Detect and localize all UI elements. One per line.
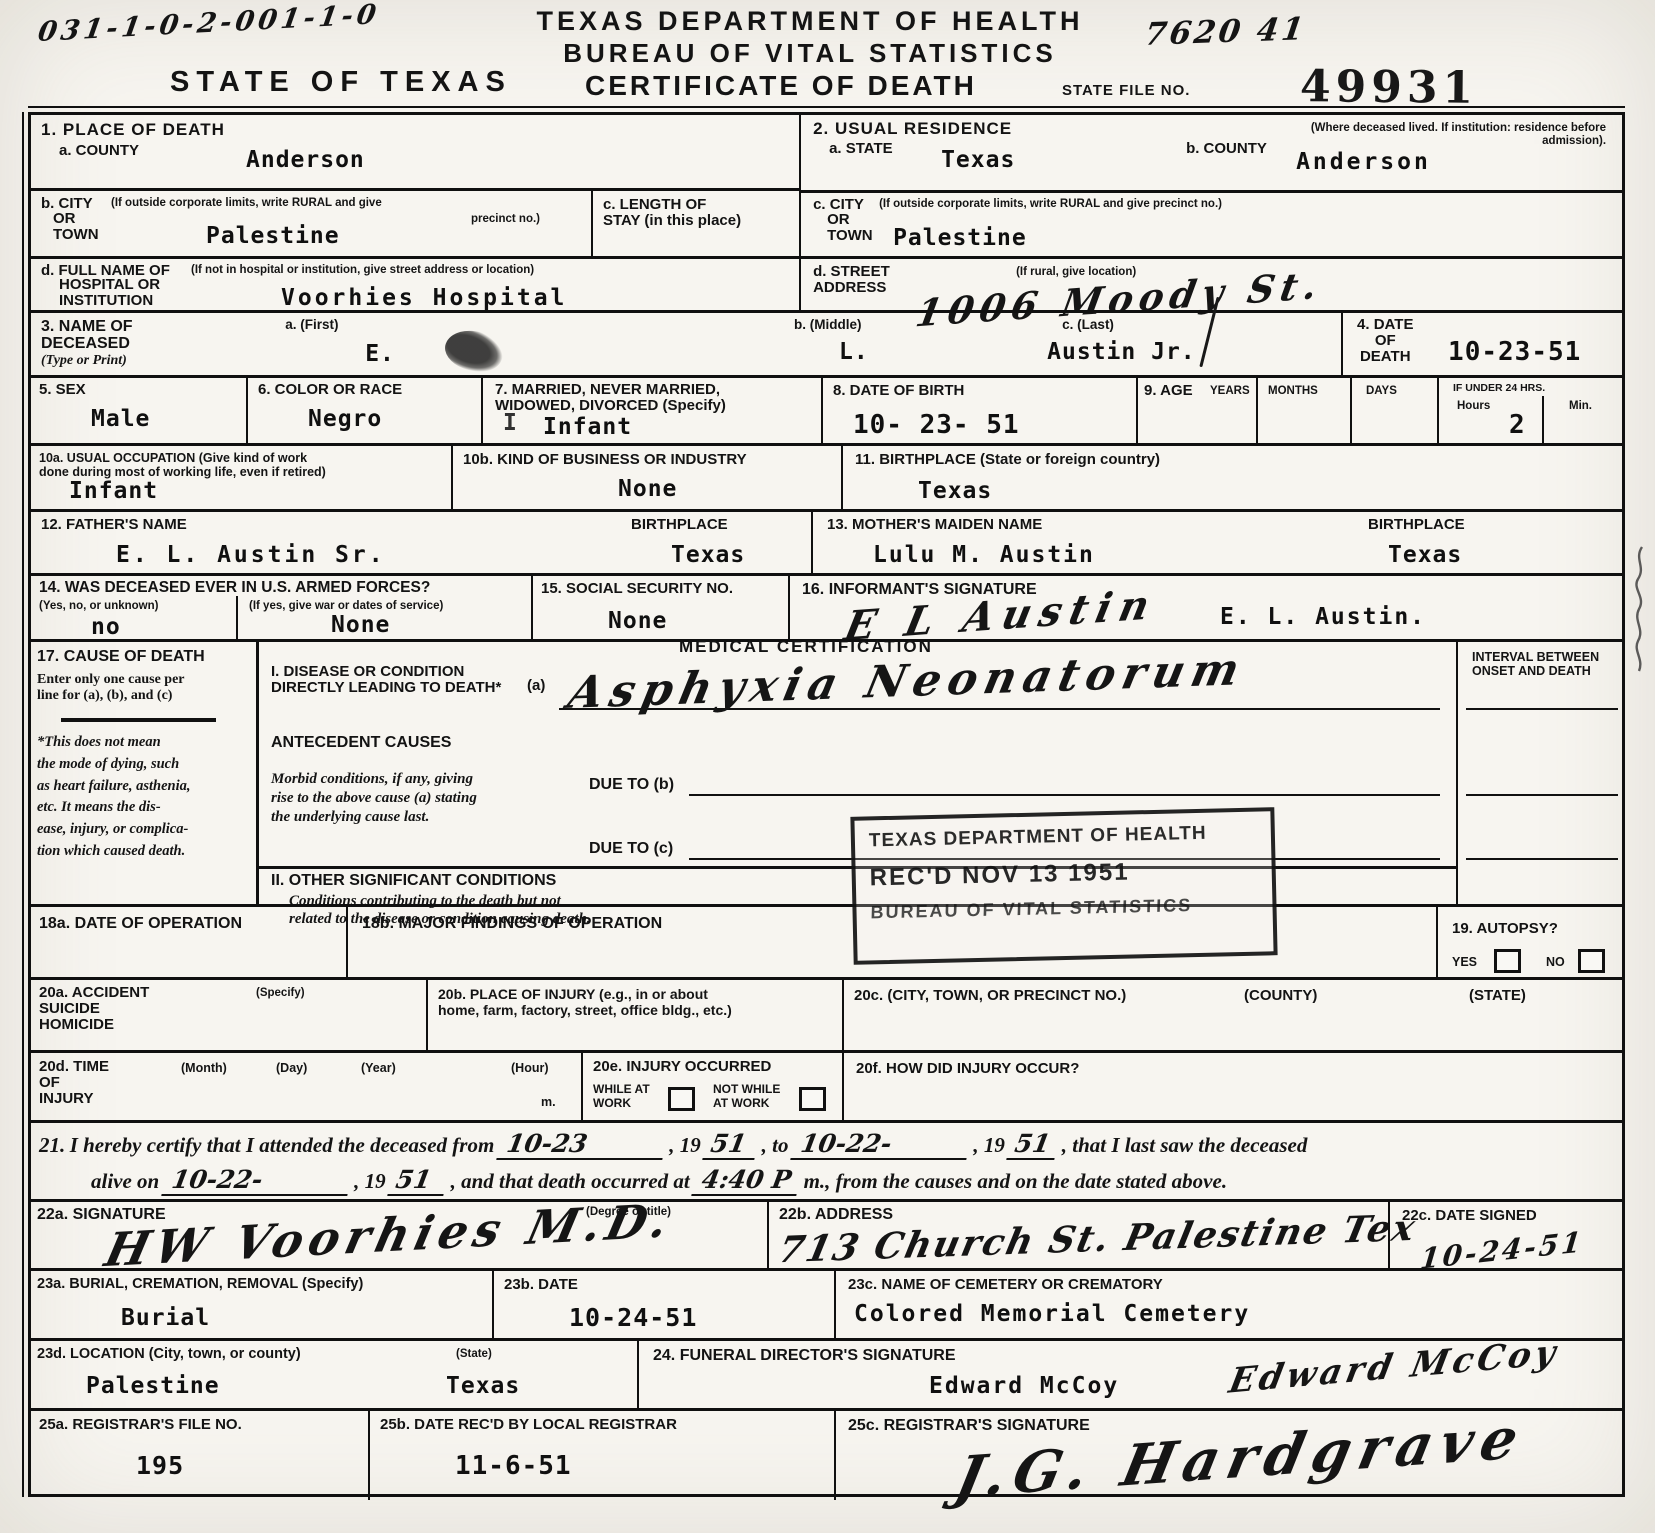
father-cell: 12. FATHER'S NAME BIRTHPLACE E. L. Austi… xyxy=(31,512,811,573)
bureau-title: BUREAU OF VITAL STATISTICS xyxy=(530,38,1090,69)
city-note: (If outside corporate limits, write RURA… xyxy=(111,197,382,210)
funeral-director-script: Edward McCoy xyxy=(1226,1332,1563,1402)
state-of-texas-title: STATE OF TEXAS xyxy=(170,66,512,99)
certify-year-to: 51 xyxy=(1007,1129,1060,1160)
due-to-b-label: DUE TO (b) xyxy=(589,776,674,793)
certify-text-3: , that I last saw the deceased xyxy=(1062,1133,1308,1157)
last-name-value: Austin Jr. xyxy=(1047,339,1195,365)
certify-number: 21. xyxy=(39,1133,65,1157)
burial-location-cell: 23d. LOCATION (City, town, or county) (S… xyxy=(31,1341,637,1408)
county-label: a. COUNTY xyxy=(59,143,139,159)
armed-forces-war-value: None xyxy=(331,612,390,638)
disease-a-tag: (a) xyxy=(527,678,545,694)
residence-county-label: b. COUNTY xyxy=(1186,141,1267,157)
registrar-signature-cell: 25c. REGISTRAR'S SIGNATURE J.G. Hardgrav… xyxy=(834,1411,1622,1500)
age-cell: 9. AGE YEARS MONTHS DAYS IF UNDER 24 HRS… xyxy=(1136,378,1622,443)
occupation-cell: 10a. USUAL OCCUPATION (Give kind of work… xyxy=(31,446,451,509)
informant-cell: 16. INFORMANT'S SIGNATURE E L Austin E. … xyxy=(788,576,1622,639)
age-months-label: MONTHS xyxy=(1268,385,1318,398)
injury-month-label: (Month) xyxy=(181,1061,227,1075)
certify-19c: , 19 xyxy=(354,1169,386,1193)
hospital-value: Voorhies Hospital xyxy=(281,285,567,311)
race-cell: 6. COLOR OR RACE Negro xyxy=(246,378,481,443)
date-of-death-value: 10-23-51 xyxy=(1448,337,1581,367)
burial-state-value: Texas xyxy=(446,1373,520,1399)
race-label: 6. COLOR OR RACE xyxy=(258,382,402,398)
burial-location-label: 23d. LOCATION (City, town, or county) xyxy=(37,1347,301,1363)
residence-city-or: OR xyxy=(827,212,850,228)
certify-statement-cell: 21. I hereby certify that I attended the… xyxy=(31,1123,1622,1199)
registrar-file-cell: 25a. REGISTRAR'S FILE NO. 195 xyxy=(31,1411,368,1500)
while-at-work-checkbox xyxy=(668,1087,695,1111)
certify-19b: , 19 xyxy=(973,1133,1005,1157)
injury-how-label: 20f. HOW DID INJURY OCCUR? xyxy=(856,1061,1079,1077)
injury-county-label: (COUNTY) xyxy=(1244,988,1317,1004)
medical-certification-title: MEDICAL CERTIFICATION xyxy=(679,638,933,656)
physician-address-cell: 22b. ADDRESS 713 Church St. Palestine Te… xyxy=(767,1202,1388,1268)
registrar-file-value: 195 xyxy=(136,1451,184,1480)
accident-specify-label: (Specify) xyxy=(256,987,305,1000)
burial-date-value: 10-24-51 xyxy=(569,1303,697,1332)
certify-year-alive: 51 xyxy=(387,1165,448,1196)
injury-location-cell: 20c. (CITY, TOWN, OR PRECINCT NO.) (COUN… xyxy=(842,980,1622,1050)
name-of-deceased-label-cell: 3. NAME OF DECEASED (Type or Print) xyxy=(31,313,245,375)
certify-text-2: , to xyxy=(762,1133,789,1157)
date-signed-cell: 22c. DATE SIGNED 10-24-51 xyxy=(1388,1202,1622,1268)
date-of-death-label: 4. DATE OF DEATH xyxy=(1357,317,1413,366)
funeral-director-label: 24. FUNERAL DIRECTOR'S SIGNATURE xyxy=(653,1347,956,1364)
informant-signature-typed: E. L. Austin. xyxy=(1220,604,1426,630)
occupation-label: 10a. USUAL OCCUPATION (Give kind of work… xyxy=(39,451,326,480)
injury-m-label: m. xyxy=(541,1095,556,1109)
physician-signature-script: HW Voorhies M.D. xyxy=(100,1193,679,1277)
burial-date-cell: 23b. DATE 10-24-51 xyxy=(492,1271,834,1338)
registrar-date-cell: 25b. DATE REC'D BY LOCAL REGISTRAR 11-6-… xyxy=(368,1411,834,1500)
injury-time-label: 20d. TIME OF INJURY xyxy=(39,1059,109,1108)
residence-city-value: Palestine xyxy=(893,225,1027,251)
name-title: 3. NAME OF DECEASED xyxy=(41,318,133,353)
cemetery-cell: 23c. NAME OF CEMETERY OR CREMATORY Color… xyxy=(834,1271,1622,1338)
age-under24-label: IF UNDER 24 HRS. xyxy=(1453,382,1545,394)
age-days-label: DAYS xyxy=(1366,385,1397,398)
antecedent-label: ANTECEDENT CAUSES xyxy=(271,734,451,751)
burial-cell: 23a. BURIAL, CREMATION, REMOVAL (Specify… xyxy=(31,1271,492,1338)
section-place-of-death: 1. PLACE OF DEATH a. COUNTY Anderson b. … xyxy=(31,115,799,310)
cause-of-death-notes-cell: 17. CAUSE OF DEATH Enter only one cause … xyxy=(31,642,256,904)
sex-value: Male xyxy=(91,406,150,432)
mother-birthplace-label: BIRTHPLACE xyxy=(1368,517,1465,533)
stamp-line-3: BUREAU OF VITAL STATISTICS xyxy=(870,894,1261,924)
age-hours-label: Hours xyxy=(1457,400,1490,413)
autopsy-cell: 19. AUTOPSY? YES NO xyxy=(1436,907,1622,977)
registrar-file-label: 25a. REGISTRAR'S FILE NO. xyxy=(39,1417,242,1433)
name-last-cell: c. (Last) Austin Jr. xyxy=(1042,313,1341,375)
birthplace-cell: 11. BIRTHPLACE (State or foreign country… xyxy=(841,446,1622,509)
race-value: Negro xyxy=(308,406,382,432)
certify-text-6: m., from the causes and on the date stat… xyxy=(804,1169,1228,1193)
accident-cell: 20a. ACCIDENT SUICIDE HOMICIDE (Specify) xyxy=(31,980,426,1050)
birthplace-value: Texas xyxy=(918,478,992,504)
funeral-director-typed: Edward McCoy xyxy=(929,1373,1119,1399)
armed-forces-label: 14. WAS DECEASED EVER IN U.S. ARMED FORC… xyxy=(39,580,430,597)
father-birthplace-label: BIRTHPLACE xyxy=(631,517,728,533)
interval-cell: INTERVAL BETWEEN ONSET AND DEATH xyxy=(1456,642,1622,904)
date-of-birth-label: 8. DATE OF BIRTH xyxy=(833,383,964,399)
marital-stray-mark: I xyxy=(503,410,518,436)
burial-value: Burial xyxy=(121,1305,210,1331)
ink-blot xyxy=(440,322,508,379)
autopsy-no-label: NO xyxy=(1546,955,1565,969)
certify-19a: , 19 xyxy=(669,1133,701,1157)
certify-date-alive: 10-22- xyxy=(161,1165,352,1196)
autopsy-yes-label: YES xyxy=(1452,955,1477,969)
first-name-label: a. (First) xyxy=(285,318,338,333)
morbid-note: Morbid conditions, if any, giving rise t… xyxy=(271,770,477,826)
certify-date-to: 10-22- xyxy=(790,1129,971,1160)
sex-label: 5. SEX xyxy=(39,382,86,398)
marital-value: Infant xyxy=(543,414,632,440)
certify-text-4: alive on xyxy=(91,1169,159,1193)
margin-scribble-icon xyxy=(1630,545,1650,675)
mother-label: 13. MOTHER'S MAIDEN NAME xyxy=(827,517,1042,533)
sex-cell: 5. SEX Male xyxy=(31,378,246,443)
city-value: Palestine xyxy=(206,223,340,249)
handwritten-code: 7620 41 xyxy=(1143,11,1309,53)
accident-label: 20a. ACCIDENT SUICIDE HOMICIDE xyxy=(39,985,149,1034)
birthplace-label: 11. BIRTHPLACE (State or foreign country… xyxy=(855,452,1160,468)
age-hours-value: 2 xyxy=(1509,410,1526,440)
injury-year-label: (Year) xyxy=(361,1061,396,1075)
injury-place-label: 20b. PLACE OF INJURY (e.g., in or about … xyxy=(438,986,732,1018)
department-title: TEXAS DEPARTMENT OF HEALTH xyxy=(530,6,1090,37)
armed-forces-cell: 14. WAS DECEASED EVER IN U.S. ARMED FORC… xyxy=(31,576,531,639)
autopsy-yes-checkbox xyxy=(1494,949,1521,973)
disease-label: I. DISEASE OR CONDITION DIRECTLY LEADING… xyxy=(271,664,501,696)
armed-forces-value: no xyxy=(91,614,121,640)
hospital-note: (If not in hospital or institution, give… xyxy=(191,264,534,277)
city-label-town: TOWN xyxy=(53,227,99,243)
burial-date-label: 23b. DATE xyxy=(504,1277,578,1293)
certificate-title: CERTIFICATE OF DEATH xyxy=(585,70,977,102)
autopsy-no-checkbox xyxy=(1578,949,1605,973)
mother-value: Lulu M. Austin xyxy=(873,542,1095,568)
city-label-or: OR xyxy=(53,211,76,227)
last-name-label: c. (Last) xyxy=(1062,318,1114,333)
certify-date-from: 10-23 xyxy=(496,1129,667,1160)
date-of-birth-cell: 8. DATE OF BIRTH 10- 23- 51 xyxy=(821,378,1136,443)
state-file-no-label: STATE FILE NO. xyxy=(1062,82,1190,99)
physician-signature-cell: 22a. SIGNATURE (Degree or title) HW Voor… xyxy=(31,1202,767,1268)
injury-time-cell: 20d. TIME OF INJURY (Month) (Day) (Year)… xyxy=(31,1053,581,1120)
burial-city-value: Palestine xyxy=(86,1373,220,1399)
autopsy-label: 19. AUTOPSY? xyxy=(1452,921,1558,937)
certify-year-from: 51 xyxy=(702,1129,759,1160)
physician-address-label: 22b. ADDRESS xyxy=(779,1206,893,1223)
injury-how-cell: 20f. HOW DID INJURY OCCUR? xyxy=(842,1053,1622,1120)
name-title-note: (Type or Print) xyxy=(41,353,127,369)
marital-cell: 7. MARRIED, NEVER MARRIED, WIDOWED, DIVO… xyxy=(481,378,821,443)
age-years-label: YEARS xyxy=(1210,385,1250,398)
cause-title: 17. CAUSE OF DEATH xyxy=(37,648,205,665)
while-at-work-label: WHILE AT WORK xyxy=(593,1083,650,1111)
street-address-label: d. STREET ADDRESS xyxy=(813,264,890,296)
burial-label: 23a. BURIAL, CREMATION, REMOVAL (Specify… xyxy=(37,1277,363,1293)
industry-label: 10b. KIND OF BUSINESS OR INDUSTRY xyxy=(463,452,747,468)
not-while-at-work-checkbox xyxy=(799,1087,826,1111)
injury-city-label: 20c. (CITY, TOWN, OR PRECINCT NO.) xyxy=(854,988,1126,1004)
stamp-line-2: REC'D NOV 13 1951 xyxy=(869,856,1260,893)
operation-date-cell: 18a. DATE OF OPERATION xyxy=(31,907,346,977)
death-certificate-scan: 031-1-0-2-001-1-0 TEXAS DEPARTMENT OF HE… xyxy=(0,0,1655,1533)
age-min-label: Min. xyxy=(1569,400,1592,413)
registrar-date-label: 25b. DATE REC'D BY LOCAL REGISTRAR xyxy=(380,1417,677,1433)
interval-label: INTERVAL BETWEEN ONSET AND DEATH xyxy=(1472,650,1599,679)
ssn-cell: 15. SOCIAL SECURITY NO. None xyxy=(531,576,788,639)
received-stamp: TEXAS DEPARTMENT OF HEALTH REC'D NOV 13 … xyxy=(850,807,1277,965)
length-of-stay-label: c. LENGTH OF STAY (in this place) xyxy=(603,197,741,229)
mother-cell: 13. MOTHER'S MAIDEN NAME BIRTHPLACE Lulu… xyxy=(811,512,1622,573)
residence-state-label: a. STATE xyxy=(829,141,893,157)
ssn-value: None xyxy=(608,608,667,634)
mother-birthplace-value: Texas xyxy=(1388,542,1462,568)
certificate-form: 1. PLACE OF DEATH a. COUNTY Anderson b. … xyxy=(28,112,1625,1497)
residence-county-value: Anderson xyxy=(1296,149,1431,175)
registrar-signature-label: 25c. REGISTRAR'S SIGNATURE xyxy=(848,1417,1090,1434)
middle-name-value: L. xyxy=(839,339,869,365)
burial-location-state-label: (State) xyxy=(456,1348,492,1361)
injury-occurred-cell: 20e. INJURY OCCURRED WHILE AT WORK NOT W… xyxy=(581,1053,842,1120)
father-value: E. L. Austin Sr. xyxy=(116,542,386,568)
county-value: Anderson xyxy=(246,147,365,173)
age-label: 9. AGE xyxy=(1144,383,1193,399)
father-birthplace-value: Texas xyxy=(671,542,745,568)
city-note2: precinct no.) xyxy=(471,213,540,226)
injury-place-cell: 20b. PLACE OF INJURY (e.g., in or about … xyxy=(426,980,842,1050)
certify-text-5: , and that death occurred at xyxy=(451,1169,690,1193)
certify-text-1: I hereby certify that I attended the dec… xyxy=(70,1133,495,1157)
middle-name-label: b. (Middle) xyxy=(794,318,862,333)
cause-note1: Enter only one cause per line for (a), (… xyxy=(37,672,185,704)
ssn-label: 15. SOCIAL SECURITY NO. xyxy=(541,581,733,597)
residence-state-value: Texas xyxy=(941,147,1015,173)
residence-title-note: (Where deceased lived. If institution: r… xyxy=(1106,122,1606,148)
due-to-c-label: DUE TO (c) xyxy=(589,840,673,857)
cemetery-value: Colored Memorial Cemetery xyxy=(854,1301,1250,1327)
registrar-date-value: 11-6-51 xyxy=(455,1451,572,1481)
occupation-value: Infant xyxy=(69,478,158,504)
marital-label: 7. MARRIED, NEVER MARRIED, WIDOWED, DIVO… xyxy=(495,382,726,414)
date-of-death-cell: 4. DATE OF DEATH 10-23-51 xyxy=(1341,313,1622,375)
place-of-death-title: 1. PLACE OF DEATH xyxy=(41,121,225,139)
residence-title: 2. USUAL RESIDENCE xyxy=(813,120,1012,138)
date-of-birth-value: 10- 23- 51 xyxy=(853,410,1020,440)
section-usual-residence: 2. USUAL RESIDENCE (Where deceased lived… xyxy=(799,115,1622,310)
industry-value: None xyxy=(618,476,677,502)
first-name-value: E. xyxy=(365,341,395,367)
residence-city-note: (If outside corporate limits, write RURA… xyxy=(879,198,1222,211)
industry-cell: 10b. KIND OF BUSINESS OR INDUSTRY None xyxy=(451,446,841,509)
injury-hour-label: (Hour) xyxy=(511,1061,549,1075)
operation-findings-label: 18b. MAJOR FINDINGS OF OPERATION xyxy=(362,915,662,932)
handwritten-serial-number: 031-1-0-2-001-1-0 xyxy=(36,0,382,48)
residence-city-town: TOWN xyxy=(827,228,873,244)
certify-time-of-death: 4:40 P xyxy=(691,1165,801,1196)
father-label: 12. FATHER'S NAME xyxy=(41,517,187,533)
armed-forces-note1: (Yes, no, or unknown) xyxy=(39,600,158,613)
cemetery-label: 23c. NAME OF CEMETERY OR CREMATORY xyxy=(848,1277,1163,1293)
cause-note2: *This does not mean the mode of dying, s… xyxy=(37,732,190,863)
hospital-label2: HOSPITAL OR INSTITUTION xyxy=(59,277,160,309)
name-middle-cell: b. (Middle) L. xyxy=(564,313,1042,375)
injury-state-label: (STATE) xyxy=(1469,988,1526,1004)
not-while-at-work-label: NOT WHILE AT WORK xyxy=(713,1083,780,1111)
operation-date-label: 18a. DATE OF OPERATION xyxy=(39,915,242,932)
funeral-director-cell: 24. FUNERAL DIRECTOR'S SIGNATURE Edward … xyxy=(637,1341,1622,1408)
other-conditions-label: II. OTHER SIGNIFICANT CONDITIONS xyxy=(271,872,556,889)
date-signed-label: 22c. DATE SIGNED xyxy=(1402,1208,1537,1224)
name-first-cell: a. (First) E. xyxy=(245,313,564,375)
injury-day-label: (Day) xyxy=(276,1061,307,1075)
injury-occurred-label: 20e. INJURY OCCURRED xyxy=(593,1059,771,1075)
stamp-line-1: TEXAS DEPARTMENT OF HEALTH xyxy=(869,822,1259,853)
